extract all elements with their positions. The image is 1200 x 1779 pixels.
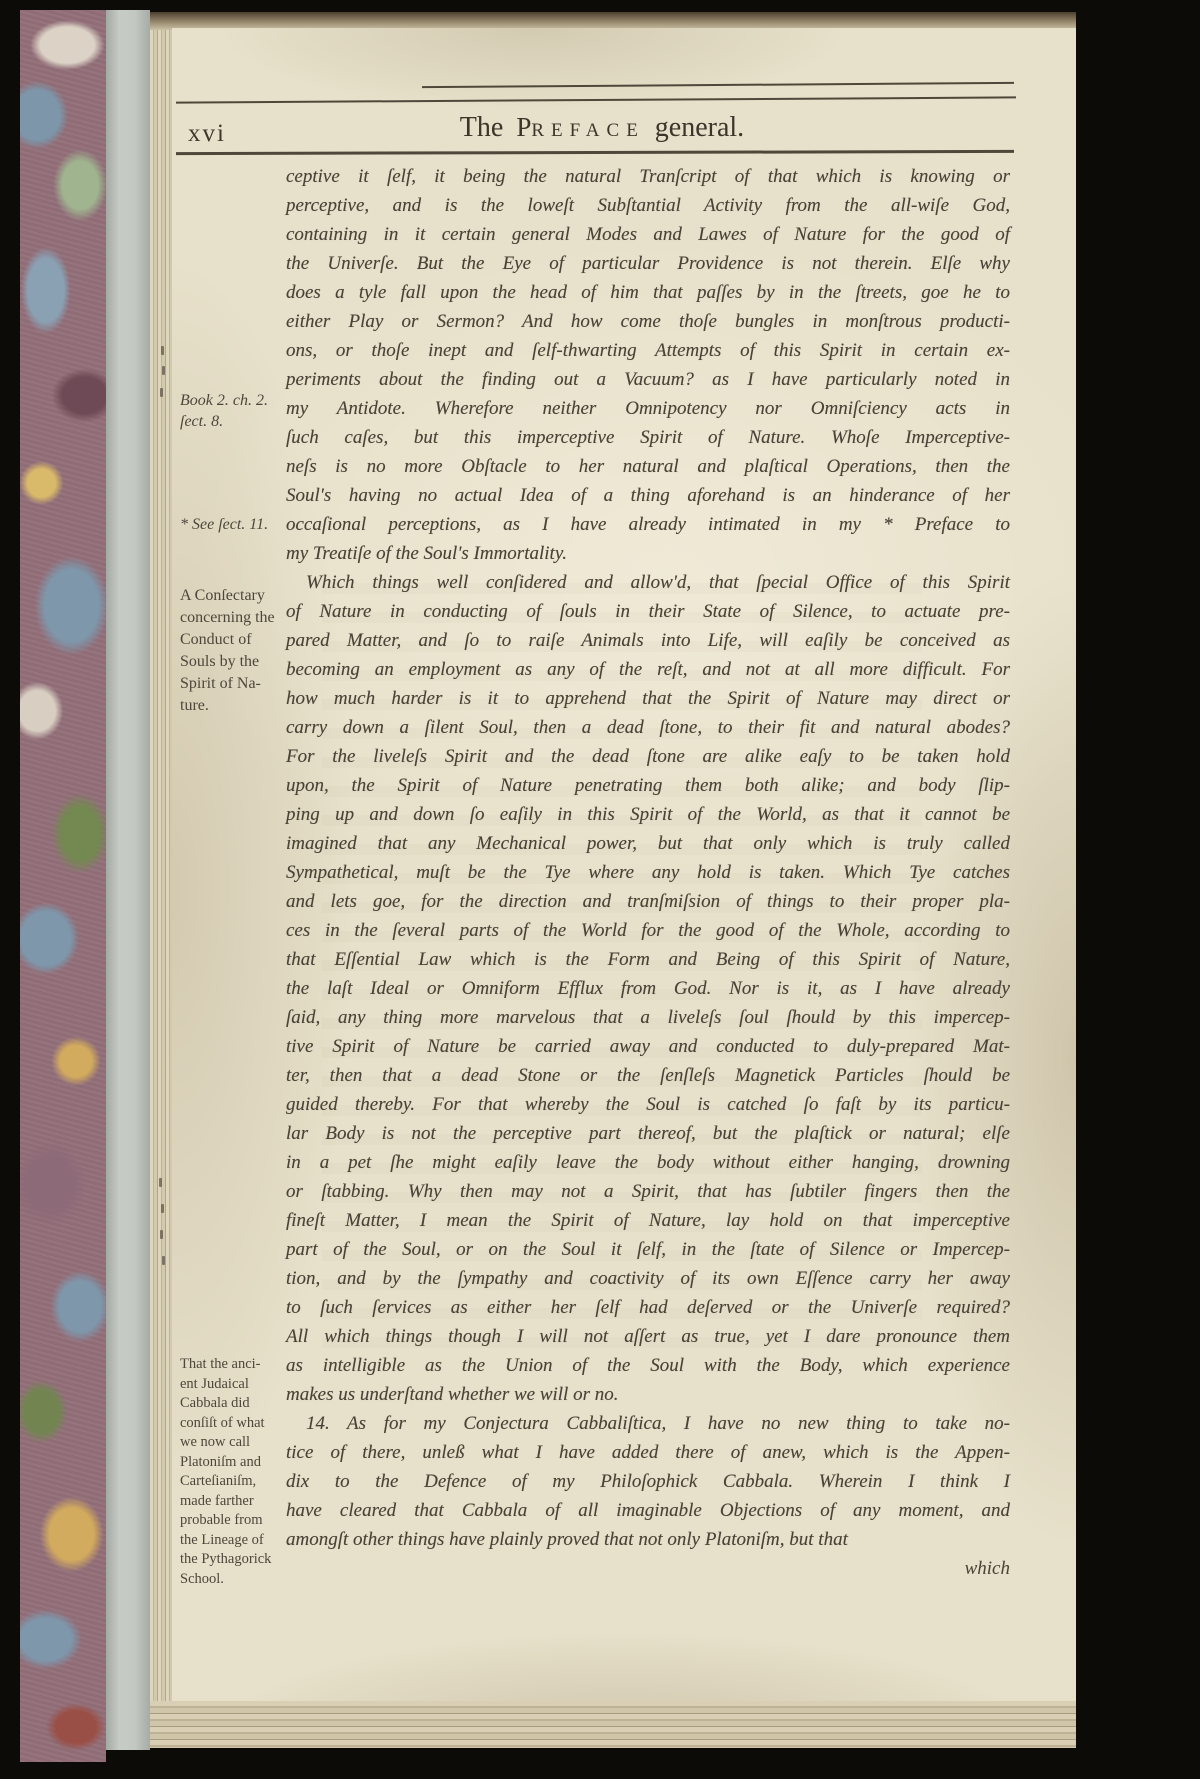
stack-ink-mark: [159, 1178, 162, 1187]
body-line: carry down a ſilent Soul, then a dead ſt…: [286, 713, 1010, 742]
margin-note-line: Carteſianiſm,: [180, 1472, 292, 1492]
body-line: in a pet ſhe might eaſily leave the body…: [286, 1148, 1010, 1177]
running-title-caps: REFACE: [531, 120, 644, 141]
margin-note-line: That the anci-: [180, 1355, 292, 1375]
body-line: part of the Soul, or on the Soul it ſelf…: [286, 1235, 1010, 1264]
body-line: either Play or Sermon? And how come thoſ…: [286, 307, 1010, 336]
body-line: neſs is no more Obſtacle to her natural …: [286, 452, 1010, 481]
running-title-the: The: [460, 112, 504, 143]
margin-note-line: probable from: [180, 1511, 292, 1531]
margin-note-line: we now call: [180, 1433, 292, 1453]
body-line: upon, the Spirit of Nature penetrating t…: [286, 771, 1010, 800]
body-line: tive Spirit of Nature be carried away an…: [286, 1032, 1010, 1061]
body-line: the Univerſe. But the Eye of particular …: [286, 249, 1010, 278]
book-scan: xvi The PREFACE general. Book 2. ch. 2.ſ…: [0, 0, 1200, 1779]
catchword: which: [286, 1554, 1010, 1583]
header-rule-upper: [422, 82, 1014, 88]
body-line: ter, then that a dead Stone or the ſenſl…: [286, 1061, 1010, 1090]
body-line: Sympathetical, muſt be the Tye where any…: [286, 858, 1010, 887]
margin-note-line: concerning the: [180, 607, 292, 629]
body-line: guided thereby. For that whereby the Sou…: [286, 1090, 1010, 1119]
running-title-initial: P: [516, 112, 531, 142]
body-line: imagined that any Mechanical power, but …: [286, 829, 1010, 858]
body-line: containing in it certain general Modes a…: [286, 220, 1010, 249]
body-line: All which things though I will not aſſer…: [286, 1322, 1010, 1351]
body-line: dix to the Defence of my Philoſophick Ca…: [286, 1467, 1010, 1496]
body-text: ceptive it ſelf, it being the natural Tr…: [286, 162, 1010, 1554]
header-rule-top: [176, 96, 1016, 103]
margin-note-line: ent Judaical: [180, 1375, 292, 1395]
margin-note-line: ture.: [180, 695, 292, 717]
body-line: ces in the ſeveral parts of the World fo…: [286, 916, 1010, 945]
body-line: my Antidote. Wherefore neither Omnipoten…: [286, 394, 1010, 423]
margin-note-book-reference: Book 2. ch. 2.ſect. 8.: [180, 390, 292, 432]
body-line: how much harder is it to apprehend that …: [286, 684, 1010, 713]
body-line: ping up and down ſo eaſily in this Spiri…: [286, 800, 1010, 829]
margin-note-line: A Conſectary: [180, 585, 292, 607]
body-line: Soul's having no actual Idea of a thing …: [286, 481, 1010, 510]
body-line: ceptive it ſelf, it being the natural Tr…: [286, 162, 1010, 191]
header-rule-bottom: [176, 150, 1014, 155]
stack-ink-mark: [162, 366, 165, 375]
body-line: periments about the finding out a Vacuum…: [286, 365, 1010, 394]
stack-ink-mark: [161, 1204, 164, 1213]
running-title: The PREFACE general.: [172, 112, 1032, 144]
body-line: pared Matter, and ſo to raiſe Animals in…: [286, 626, 1010, 655]
margin-note-line: Cabbala did: [180, 1394, 292, 1414]
margin-note-line: Conduct of: [180, 629, 292, 651]
page-bottom-edge: [150, 1701, 1076, 1748]
stack-ink-mark: [162, 1256, 165, 1265]
body-line: ons, or thoſe inept and ſelf-thwarting A…: [286, 336, 1010, 365]
margin-note-line: made farther: [180, 1492, 292, 1512]
margin-note-line: Platoniſm and: [180, 1453, 292, 1473]
book-page: xvi The PREFACE general. Book 2. ch. 2.ſ…: [172, 28, 1076, 1745]
margin-note-line: School.: [180, 1570, 292, 1590]
body-line: amongſt other things have plainly proved…: [286, 1525, 1010, 1554]
body-line: ſuch caſes, but this imperceptive Spirit…: [286, 423, 1010, 452]
stack-ink-mark: [161, 346, 164, 355]
fore-edge: [106, 10, 150, 1750]
margin-note-see-sect: * See ſect. 11.: [180, 514, 292, 535]
body-line: tion, and by the ſympathy and coactivity…: [286, 1264, 1010, 1293]
stack-ink-mark: [160, 1230, 163, 1239]
margin-note-line: Souls by the: [180, 651, 292, 673]
body-line: Which things well conſidered and allow'd…: [286, 568, 1010, 597]
body-line: ſaid, any thing more marvelous that a li…: [286, 1003, 1010, 1032]
running-title-general: general.: [655, 112, 744, 143]
body-line: fineſt Matter, I mean the Spirit of Natu…: [286, 1206, 1010, 1235]
margin-note-line: * See ſect. 11.: [180, 514, 292, 535]
body-line: my Treatiſe of the Soul's Immortality.: [286, 539, 1010, 568]
stack-ink-mark: [160, 388, 163, 397]
margin-note-consectary: A Conſectaryconcerning theConduct ofSoul…: [180, 585, 292, 717]
body-line: tice of there, unleß what I have added t…: [286, 1438, 1010, 1467]
body-line: lar Body is not the perceptive part ther…: [286, 1119, 1010, 1148]
body-line: perceptive, and is the loweſt Subſtantia…: [286, 191, 1010, 220]
body-line: or ſtabbing. Why then may not a Spirit, …: [286, 1177, 1010, 1206]
body-line: 14. As for my Conjectura Cabbaliſtica, I…: [286, 1409, 1010, 1438]
margin-note-line: Book 2. ch. 2.: [180, 390, 292, 411]
body-line: occaſional perceptions, as I have alread…: [286, 510, 1010, 539]
body-line: that Eſſential Law which is the Form and…: [286, 945, 1010, 974]
body-line: of Nature in conducting of ſouls in thei…: [286, 597, 1010, 626]
margin-note-line: Spirit of Na-: [180, 673, 292, 695]
body-line: For the liveleſs Spirit and the dead ſto…: [286, 742, 1010, 771]
body-line: the laſt Ideal or Omniform Efflux from G…: [286, 974, 1010, 1003]
margin-note-line: conſiſt of what: [180, 1414, 292, 1434]
margin-note-line: ſect. 8.: [180, 411, 292, 432]
body-line: becoming an employment as any of the reſ…: [286, 655, 1010, 684]
margin-note-cabbala: That the anci-ent JudaicalCabbala didcon…: [180, 1355, 292, 1589]
body-line: have cleared that Cabbala of all imagina…: [286, 1496, 1010, 1525]
body-line: makes us underſtand whether we will or n…: [286, 1380, 1010, 1409]
marbled-endpaper: [20, 10, 106, 1762]
body-line: does a tyle fall upon the head of him th…: [286, 278, 1010, 307]
body-line: to ſuch ſervices as either her ſelf had …: [286, 1293, 1010, 1322]
page-stack-edges: [150, 16, 172, 1748]
body-line: as intelligible as the Union of the Soul…: [286, 1351, 1010, 1380]
margin-note-line: the Pythagorick: [180, 1550, 292, 1570]
margin-note-line: the Lineage of: [180, 1531, 292, 1551]
body-line: and lets goe, for the direction and tran…: [286, 887, 1010, 916]
